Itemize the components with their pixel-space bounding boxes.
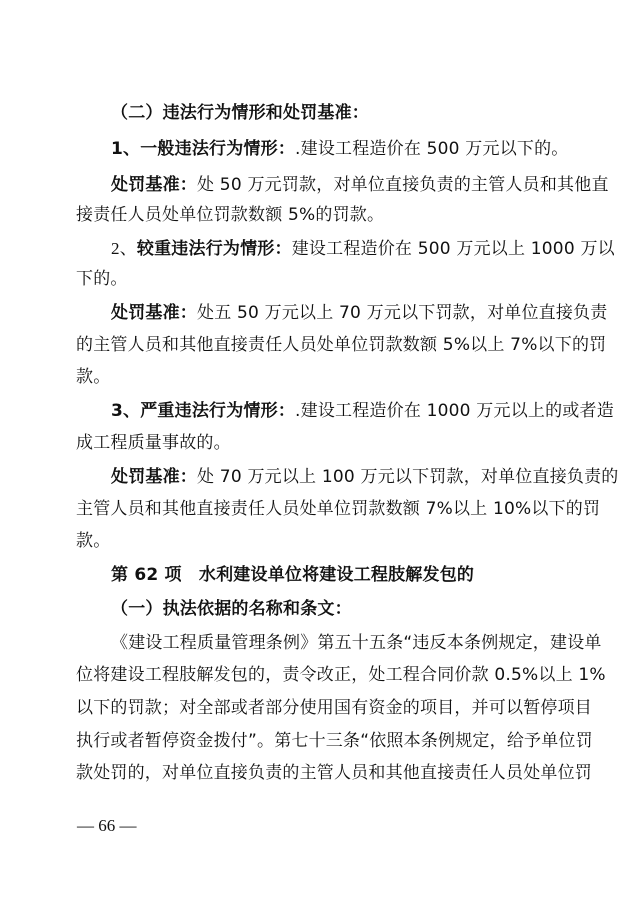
item3-severe-violation-line1: 3、严重违法行为情形：.建设工程造价在 1000 万元以上的或者造 — [111, 400, 595, 422]
section-heading-legal-basis: （一）执法依据的名称和条文： — [111, 598, 595, 620]
item2-penalty-line2: 的主管人员和其他直接责任人员处单位罚款数额 5%以上 7%以下的罚 — [76, 334, 560, 356]
item3-penalty-line2: 主管人员和其他直接责任人员处单位罚款数额 7%以上 10%以下的罚 — [76, 498, 560, 520]
item62-heading: 第 62 项 水利建设单位将建设工程肢解发包的 — [111, 564, 595, 586]
item2-penalty-line1: 处罚基准：处五 50 万元以上 70 万元以下罚款，对单位直接负责 — [111, 302, 595, 324]
item1-general-violation: 1、一般违法行为情形：.建设工程造价在 500 万元以下的。 — [111, 138, 595, 160]
penalty-label: 处罚基准： — [111, 303, 197, 323]
item2-penalty-line3: 款。 — [76, 366, 560, 388]
penalty-label: 处罚基准： — [111, 175, 197, 195]
basis-line-1: 《建设工程质量管理条例》第五十五条“违反本条例规定，建设单 — [111, 632, 595, 654]
item1-penalty-line2: 接责任人员处单位罚款数额 5%的罚款。 — [76, 204, 560, 226]
item3-label: 3、严重违法行为情形： — [111, 401, 295, 421]
basis-line-2: 位将建设工程肢解发包的，责令改正，处工程合同价款 0.5%以上 1% — [76, 664, 560, 686]
document-page: （二）违法行为情形和处罚基准： 1、一般违法行为情形：.建设工程造价在 500 … — [0, 0, 635, 898]
item1-penalty-line1: 处罚基准：处 50 万元罚款，对单位直接负责的主管人员和其他直 — [111, 174, 595, 196]
basis-line-3: 以下的罚款；对全部或者部分使用国有资金的项目，并可以暂停项目 — [76, 697, 560, 719]
item3-penalty-line1: 处罚基准：处 70 万元以上 100 万元以下罚款，对单位直接负责的 — [111, 466, 595, 488]
item1-text: .建设工程造价在 500 万元以下的。 — [295, 139, 568, 159]
item2-label: 较重违法行为情形： — [137, 239, 292, 259]
section-heading-violation-standards: （二）违法行为情形和处罚基准： — [111, 102, 595, 124]
item2-serious-violation-line1: 2、较重违法行为情形：建设工程造价在 500 万元以上 1000 万以 — [111, 238, 595, 260]
item3-severe-violation-line2: 成工程质量事故的。 — [76, 432, 560, 454]
item1-label: 1、一般违法行为情形： — [111, 139, 295, 159]
item2-serious-violation-line2: 下的。 — [76, 268, 560, 290]
basis-line-5: 款处罚的，对单位直接负责的主管人员和其他直接责任人员处单位罚 — [76, 762, 560, 784]
page-number: — 66 — — [77, 816, 137, 836]
item3-penalty-line3: 款。 — [76, 530, 560, 552]
basis-line-4: 执行或者暂停资金拨付”。第七十三条“依照本条例规定，给予单位罚 — [76, 730, 560, 752]
penalty-label: 处罚基准： — [111, 467, 197, 487]
